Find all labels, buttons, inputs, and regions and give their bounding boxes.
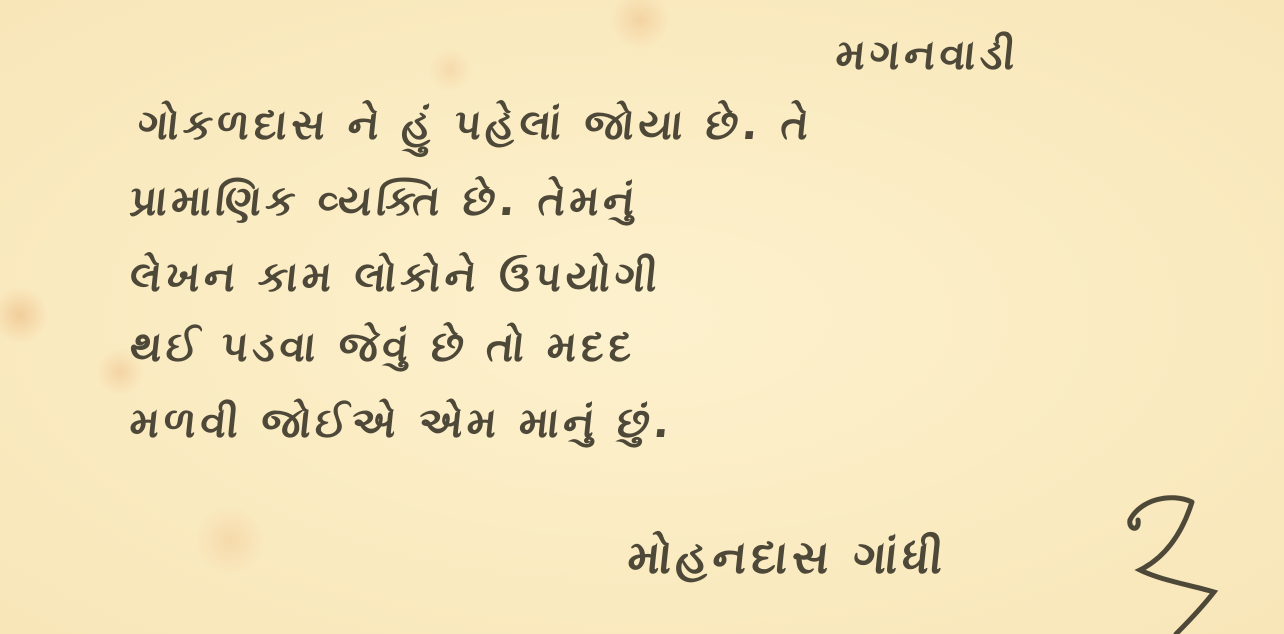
body-line-5: મળવી જોઈએ એમ માનું છું.: [127, 398, 676, 448]
body-line-4: થઈ પડવા જેવું છે તો મદદ: [127, 322, 638, 372]
body-line-1: ગોકળદાસ ને હું પહેલાં જોયા છે. તે: [135, 100, 815, 150]
body-line-3: લેખન કામ લોકોને ઉપયોગી: [127, 252, 664, 302]
signature: મોહનદાસ ગાંધી: [625, 530, 950, 586]
signature-flourish-icon: [1000, 480, 1240, 634]
place-header: મગનવાડી: [833, 30, 1021, 80]
body-line-2: પ્રામાણિક વ્યક્તિ છે. તેમનું: [127, 176, 641, 226]
